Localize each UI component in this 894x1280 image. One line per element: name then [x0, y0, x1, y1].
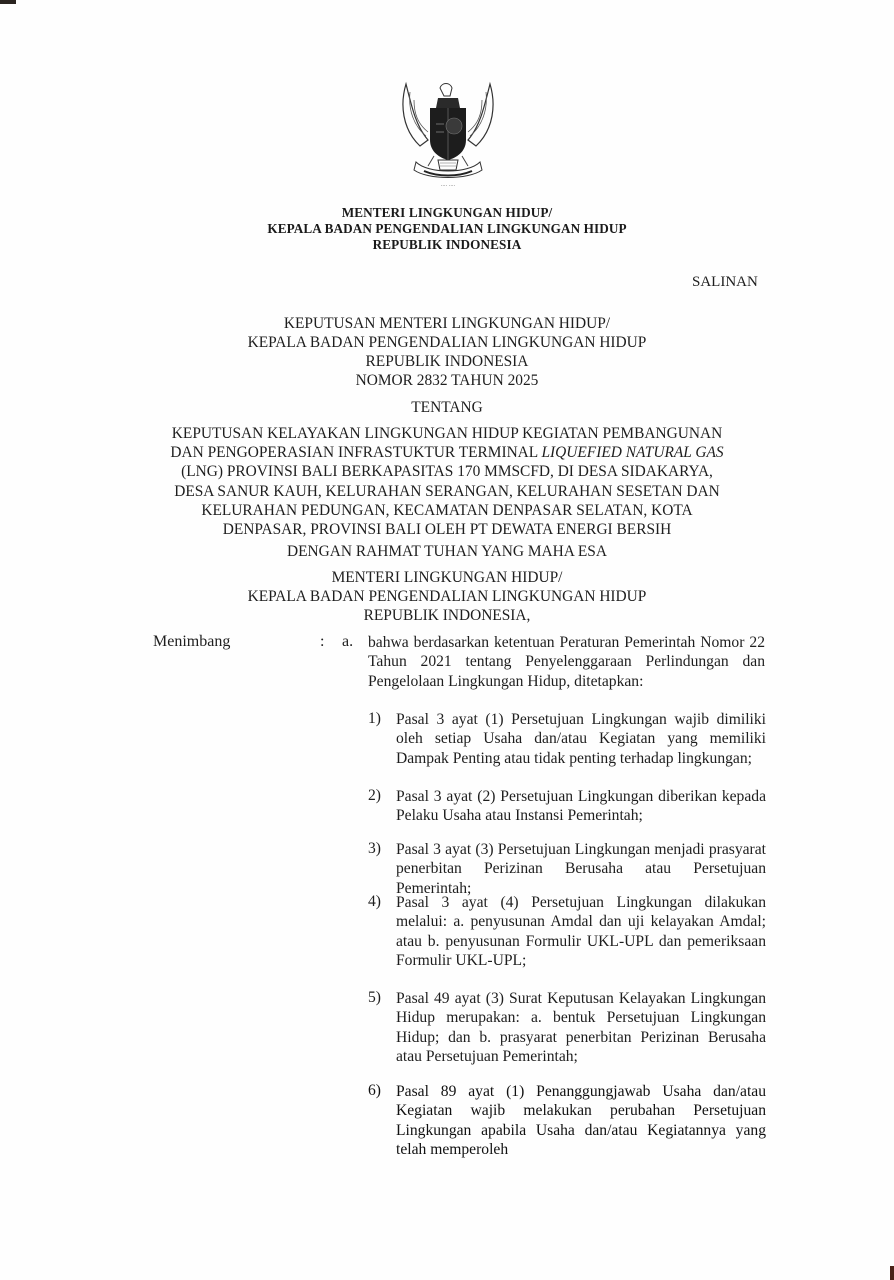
consideration-a-text: bahwa berdasarkan ketentuan Peraturan Pe… [368, 633, 765, 691]
point-text: Pasal 3 ayat (2) Persetujuan Lingkungan … [396, 787, 766, 826]
point-text: Pasal 49 ayat (3) Surat Keputusan Kelaya… [396, 989, 766, 1067]
decree-number: NOMOR 2832 TAHUN 2025 [0, 371, 894, 390]
subject-line: DESA SANUR KAUH, KELURAHAN SERANGAN, KEL… [0, 482, 894, 501]
issuer-line: MENTERI LINGKUNGAN HIDUP/ [0, 568, 894, 587]
decree-subject: KEPUTUSAN KELAYAKAN LINGKUNGAN HIDUP KEG… [0, 424, 894, 539]
point-number: 1) [368, 710, 381, 728]
letterhead: MENTERI LINGKUNGAN HIDUP/ KEPALA BADAN P… [0, 205, 894, 253]
menimbang-label: Menimbang [153, 633, 230, 651]
invocation: DENGAN RAHMAT TUHAN YANG MAHA ESA [0, 542, 894, 561]
issuer: MENTERI LINGKUNGAN HIDUP/ KEPALA BADAN P… [0, 568, 894, 626]
subject-line: KELURAHAN PEDUNGAN, KECAMATAN DENPASAR S… [0, 501, 894, 520]
subject-line-text: DAN PENGOPERASIAN INFRASTUKTUR TERMINAL [170, 444, 541, 461]
svg-text:.... ....: .... .... [441, 182, 456, 188]
subject-line-italic: LIQUEFIED NATURAL GAS [541, 444, 723, 461]
point-number: 3) [368, 840, 381, 858]
decree-title: KEPUTUSAN MENTERI LINGKUNGAN HIDUP/ KEPA… [0, 314, 894, 372]
letterhead-line: REPUBLIK INDONESIA [0, 237, 894, 253]
point-number: 4) [368, 893, 381, 911]
point-text: Pasal 89 ayat (1) Penanggungjawab Usaha … [396, 1082, 766, 1160]
subject-line: KEPUTUSAN KELAYAKAN LINGKUNGAN HIDUP KEG… [0, 424, 894, 443]
scan-edge-mark [890, 1266, 894, 1280]
subject-line: DENPASAR, PROVINSI BALI OLEH PT DEWATA E… [0, 520, 894, 539]
point-number: 5) [368, 989, 381, 1007]
point-text: Pasal 3 ayat (3) Persetujuan Lingkungan … [396, 840, 766, 898]
scan-edge-mark [0, 0, 16, 4]
point-number: 2) [368, 787, 381, 805]
issuer-line: KEPALA BADAN PENGENDALIAN LINGKUNGAN HID… [0, 587, 894, 606]
decree-about: TENTANG [0, 398, 894, 417]
issuer-line: REPUBLIK INDONESIA, [0, 606, 894, 625]
point-text: Pasal 3 ayat (1) Persetujuan Lingkungan … [396, 710, 766, 768]
letterhead-line: MENTERI LINGKUNGAN HIDUP/ [0, 205, 894, 221]
item-letter: a. [342, 633, 353, 651]
subject-line: DAN PENGOPERASIAN INFRASTUKTUR TERMINAL … [0, 443, 894, 462]
point-number: 6) [368, 1082, 381, 1100]
decree-title-line: KEPUTUSAN MENTERI LINGKUNGAN HIDUP/ [0, 314, 894, 333]
copy-mark: SALINAN [692, 274, 758, 291]
subject-line: (LNG) PROVINSI BALI BERKAPASITAS 170 MMS… [0, 462, 894, 481]
garuda-emblem-icon: .... .... [398, 74, 498, 190]
decree-title-line: REPUBLIK INDONESIA [0, 352, 894, 371]
menimbang-colon: : [320, 633, 324, 651]
decree-title-line: KEPALA BADAN PENGENDALIAN LINGKUNGAN HID… [0, 333, 894, 352]
point-text: Pasal 3 ayat (4) Persetujuan Lingkungan … [396, 893, 766, 971]
letterhead-line: KEPALA BADAN PENGENDALIAN LINGKUNGAN HID… [0, 221, 894, 237]
